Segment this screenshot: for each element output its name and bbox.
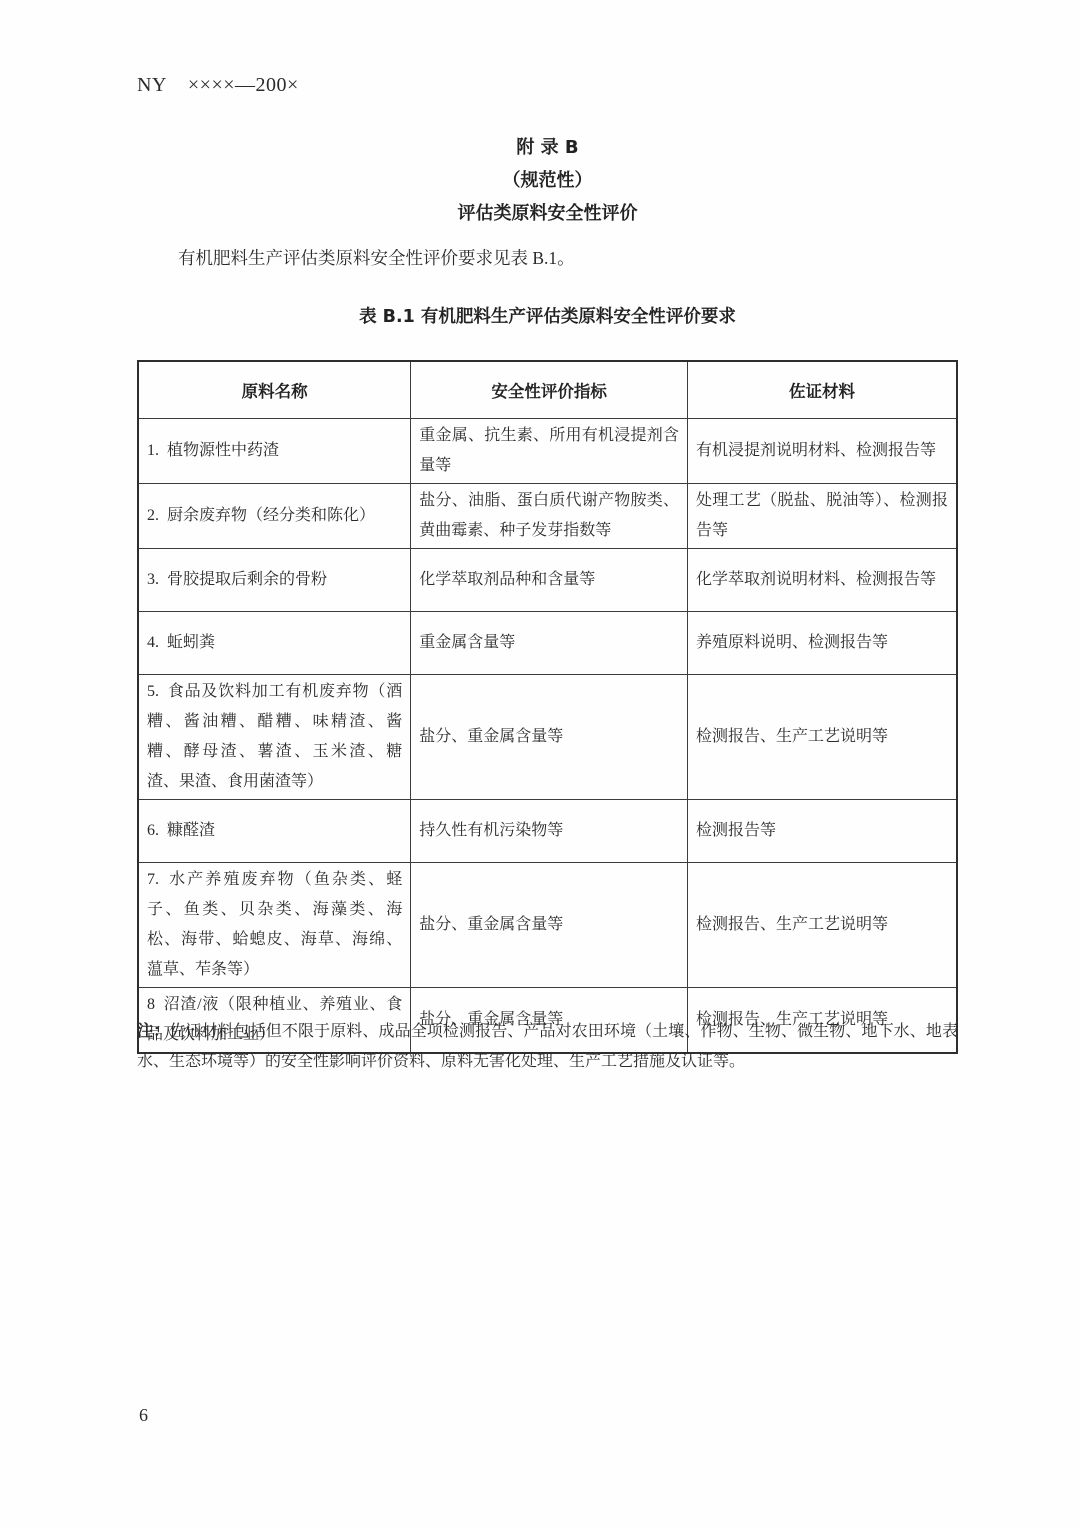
cell-safety-indicator: 盐分、重金属含量等 xyxy=(411,863,688,988)
table-row: 6. 糠醛渣 持久性有机污染物等 检测报告等 xyxy=(138,800,957,863)
cell-supporting-material: 处理工艺（脱盐、脱油等）、检测报告等 xyxy=(688,484,957,549)
cell-supporting-material: 有机浸提剂说明材料、检测报告等 xyxy=(688,419,957,484)
appendix-title-block: 附 录 B （规范性） 评估类原料安全性评价 xyxy=(137,131,958,230)
standard-code: NY ××××—200× xyxy=(137,74,299,97)
appendix-title: 附 录 B xyxy=(137,131,958,164)
cell-material-name: 5. 食品及饮料加工有机废弃物（酒糟、酱油糟、醋糟、味精渣、酱糟、酵母渣、薯渣、… xyxy=(138,675,411,800)
header-safety-indicator: 安全性评价指标 xyxy=(411,361,688,419)
evaluation-table-wrap: 原料名称 安全性评价指标 佐证材料 1. 植物源性中药渣 重金属、抗生素、所用有… xyxy=(137,360,958,1054)
table-row: 3. 骨胶提取后剩余的骨粉 化学萃取剂品种和含量等 化学萃取剂说明材料、检测报告… xyxy=(138,549,957,612)
cell-safety-indicator: 重金属含量等 xyxy=(411,612,688,675)
cell-safety-indicator: 盐分、油脂、蛋白质代谢产物胺类、黄曲霉素、种子发芽指数等 xyxy=(411,484,688,549)
table-caption: 表 B.1 有机肥料生产评估类原料安全性评价要求 xyxy=(137,303,958,328)
cell-material-name: 4. 蚯蚓粪 xyxy=(138,612,411,675)
table-row: 4. 蚯蚓粪 重金属含量等 养殖原料说明、检测报告等 xyxy=(138,612,957,675)
cell-safety-indicator: 化学萃取剂品种和含量等 xyxy=(411,549,688,612)
cell-safety-indicator: 持久性有机污染物等 xyxy=(411,800,688,863)
cell-supporting-material: 检测报告、生产工艺说明等 xyxy=(688,675,957,800)
table-header-row: 原料名称 安全性评价指标 佐证材料 xyxy=(138,361,957,419)
note-text: 佐证材料包括但不限于原料、成品全项检测报告、产品对农田环境（土壤、作物、生物、微… xyxy=(137,1023,958,1070)
evaluation-table: 原料名称 安全性评价指标 佐证材料 1. 植物源性中药渣 重金属、抗生素、所用有… xyxy=(137,360,958,1054)
table-note: 注：佐证材料包括但不限于原料、成品全项检测报告、产品对农田环境（土壤、作物、生物… xyxy=(137,1016,958,1077)
appendix-type: （规范性） xyxy=(137,164,958,197)
cell-safety-indicator: 重金属、抗生素、所用有机浸提剂含量等 xyxy=(411,419,688,484)
cell-material-name: 6. 糠醛渣 xyxy=(138,800,411,863)
header-material-name: 原料名称 xyxy=(138,361,411,419)
cell-material-name: 1. 植物源性中药渣 xyxy=(138,419,411,484)
cell-supporting-material: 养殖原料说明、检测报告等 xyxy=(688,612,957,675)
cell-supporting-material: 检测报告等 xyxy=(688,800,957,863)
table-row: 7. 水产养殖废弃物（鱼杂类、蛏子、鱼类、贝杂类、海藻类、海松、海带、蛤螅皮、海… xyxy=(138,863,957,988)
document-page: NY ××××—200× 附 录 B （规范性） 评估类原料安全性评价 有机肥料… xyxy=(0,0,1080,1527)
appendix-heading: 评估类原料安全性评价 xyxy=(137,197,958,230)
cell-material-name: 2. 厨余废弃物（经分类和陈化） xyxy=(138,484,411,549)
page-number: 6 xyxy=(139,1405,148,1426)
table-row: 1. 植物源性中药渣 重金属、抗生素、所用有机浸提剂含量等 有机浸提剂说明材料、… xyxy=(138,419,957,484)
note-label: 注： xyxy=(137,1021,169,1040)
intro-paragraph: 有机肥料生产评估类原料安全性评价要求见表 B.1。 xyxy=(137,246,958,270)
table-row: 5. 食品及饮料加工有机废弃物（酒糟、酱油糟、醋糟、味精渣、酱糟、酵母渣、薯渣、… xyxy=(138,675,957,800)
header-supporting-material: 佐证材料 xyxy=(688,361,957,419)
cell-supporting-material: 检测报告、生产工艺说明等 xyxy=(688,863,957,988)
cell-material-name: 7. 水产养殖废弃物（鱼杂类、蛏子、鱼类、贝杂类、海藻类、海松、海带、蛤螅皮、海… xyxy=(138,863,411,988)
cell-material-name: 3. 骨胶提取后剩余的骨粉 xyxy=(138,549,411,612)
cell-safety-indicator: 盐分、重金属含量等 xyxy=(411,675,688,800)
cell-supporting-material: 化学萃取剂说明材料、检测报告等 xyxy=(688,549,957,612)
table-row: 2. 厨余废弃物（经分类和陈化） 盐分、油脂、蛋白质代谢产物胺类、黄曲霉素、种子… xyxy=(138,484,957,549)
